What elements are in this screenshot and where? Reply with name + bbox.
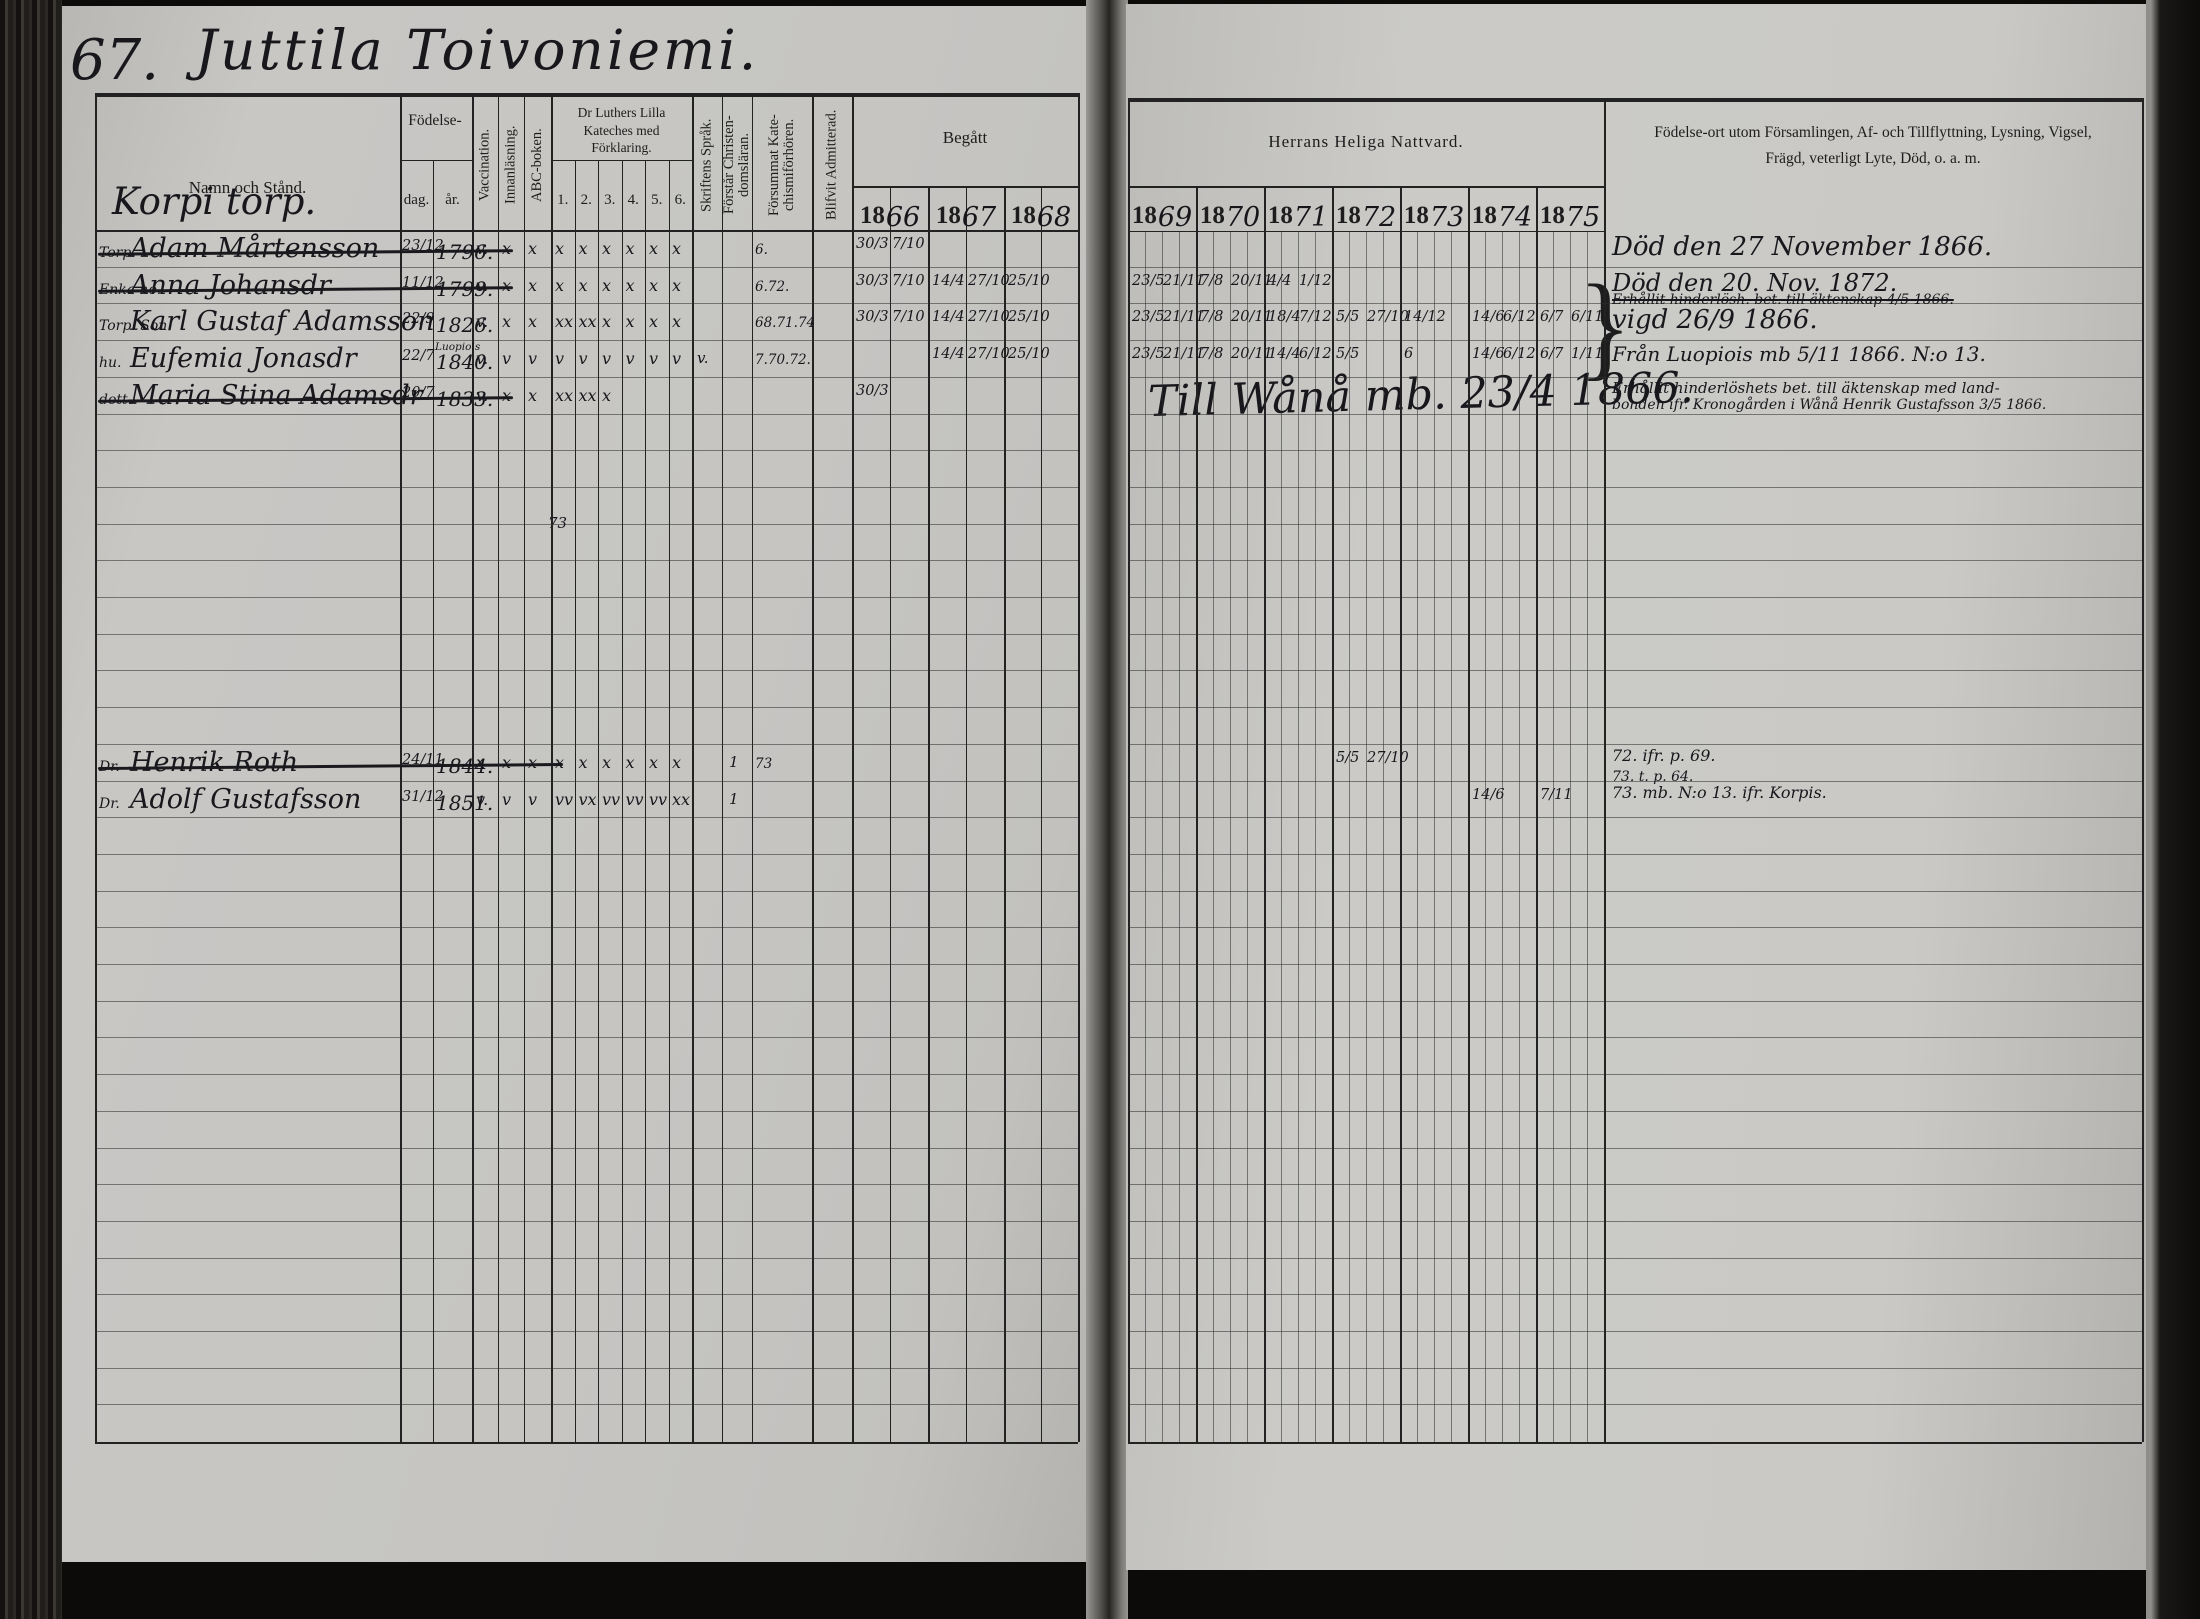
communion-date-cell: 1/12 <box>1299 273 1332 289</box>
grid-line <box>95 1037 1078 1038</box>
grid-line <box>1604 98 1606 1442</box>
mark-cell: v <box>626 349 635 368</box>
birth-day-cell: 22/9 <box>402 311 435 327</box>
grid-line <box>1128 634 2142 635</box>
communion-date-cell: 14/4 <box>932 273 965 289</box>
grid-line <box>1128 597 2142 598</box>
communion-date-cell: 25/10 <box>1008 309 1050 325</box>
grid-line <box>95 634 1078 635</box>
grid-line <box>692 97 694 1442</box>
row-prefix: hu. <box>99 355 121 371</box>
header-holy-communion: Herrans Heliga Nattvard. <box>1128 132 1604 152</box>
grid-line <box>95 1184 1078 1185</box>
mark-cell: xx <box>579 312 597 331</box>
grid-line <box>1128 1037 2142 1038</box>
mark-cell: x <box>528 239 537 258</box>
mark-cell: x <box>579 753 588 772</box>
mark-cell: x <box>649 239 658 258</box>
grid-line <box>1041 186 1042 1442</box>
mark-cell: x <box>649 276 658 295</box>
communion-date-cell: 20/11 <box>1231 273 1273 289</box>
grid-line <box>1128 1148 2142 1149</box>
year-printed: 18 <box>1540 202 1565 230</box>
grid-line <box>95 230 1078 232</box>
communion-date-cell: 14/4 <box>932 309 965 325</box>
grid-line <box>1128 707 2142 708</box>
mark-cell: xx <box>579 386 597 405</box>
grid-line <box>1128 524 2142 525</box>
header-scripture: Skriftens Språk. <box>692 102 722 228</box>
year-header: 1875 <box>1536 188 1604 230</box>
year-script: 71 <box>1294 206 1328 230</box>
missed-examination-cell: 7.70.72. <box>755 352 811 368</box>
grid-line <box>95 1404 1078 1405</box>
header-catechism-number: 3. <box>598 192 622 209</box>
grid-line <box>95 377 1078 378</box>
communion-date-cell: 14/6 <box>1472 309 1505 325</box>
communion-date-cell: 27/10 <box>968 346 1010 362</box>
mark-cell: x <box>555 276 564 295</box>
communion-date-cell: 5/5 <box>1336 750 1359 766</box>
grid-line <box>1128 1368 2142 1369</box>
year-header: 1868 <box>1004 188 1078 230</box>
year-printed: 18 <box>1472 202 1497 230</box>
mark-cell: vv <box>602 790 620 809</box>
mark-cell: x <box>602 312 611 331</box>
grid-line <box>95 1294 1078 1295</box>
communion-date-cell: 21/11 <box>1163 273 1205 289</box>
grid-line <box>524 97 525 1442</box>
grid-line <box>1128 1404 2142 1405</box>
grid-line <box>1128 1221 2142 1222</box>
mark-cell: v <box>555 349 564 368</box>
grid-line <box>400 160 472 161</box>
communion-date-cell: 20/11 <box>1231 309 1273 325</box>
mark-cell: x <box>649 312 658 331</box>
mark-cell: v. <box>476 349 488 368</box>
note-cell: vigd 26/9 1866. <box>1612 305 1818 335</box>
grid-line <box>1128 1074 2142 1075</box>
grid-line <box>575 160 576 1442</box>
communion-date-cell: 7/10 <box>892 236 925 252</box>
year-script: 75 <box>1566 206 1600 230</box>
year-header: 1871 <box>1264 188 1332 230</box>
mark-cell: x <box>502 312 511 331</box>
communion-date-cell: 14/4 <box>932 346 965 362</box>
mark-cell: v <box>528 790 537 809</box>
grid-line <box>1128 340 2142 341</box>
mark-cell: v. <box>476 790 488 809</box>
grid-line <box>598 160 599 1442</box>
year-printed: 18 <box>860 202 885 230</box>
mark-cell: v. <box>476 239 488 258</box>
year-header: 1872 <box>1332 188 1400 230</box>
communion-date-cell: 7/12 <box>1299 309 1332 325</box>
header-understands-doctrine: Förstår Christen­domsläran. <box>722 102 752 228</box>
grid-line <box>95 927 1078 928</box>
mark-cell: v. <box>476 312 488 331</box>
grid-line <box>2142 98 2144 1442</box>
mark-cell: v <box>502 349 511 368</box>
mark-cell: x <box>672 239 681 258</box>
grid-line <box>1128 1442 2142 1444</box>
grid-line <box>1004 186 1006 1442</box>
mark-cell: x <box>602 276 611 295</box>
birth-day-cell: 22/7 <box>402 348 435 364</box>
grid-line <box>1128 98 2142 102</box>
communion-date-cell: 5/5 <box>1336 346 1359 362</box>
communion-date-cell: 6/12 <box>1503 346 1536 362</box>
grid-line <box>95 1074 1078 1075</box>
note-cell: Från Luopiois mb 5/11 1866. N:o 13. <box>1612 342 1986 366</box>
year-script: 72 <box>1362 206 1396 230</box>
mark-cell: vv <box>626 790 644 809</box>
communion-date-cell: 7/11 <box>1540 787 1573 803</box>
communion-date-cell: 27/10 <box>968 273 1010 289</box>
mark-cell: x <box>528 312 537 331</box>
communion-date-cell: 20/11 <box>1231 346 1273 362</box>
communion-date-cell: 6/12 <box>1299 346 1332 362</box>
header-birth-year: år. <box>433 192 472 209</box>
grid-line <box>95 450 1078 451</box>
communion-date-cell: 30/3 <box>856 309 889 325</box>
mark-cell: vx <box>579 790 597 809</box>
year-header: 1873 <box>1400 188 1468 230</box>
communion-date-cell: 7/10 <box>892 273 925 289</box>
grid-line <box>1128 1111 2142 1112</box>
grid-line <box>95 1111 1078 1112</box>
year-printed: 18 <box>936 202 961 230</box>
row-name: Maria Stina Adamsdr <box>130 380 423 411</box>
year-header: 1867 <box>928 188 1004 230</box>
grid-line <box>1128 377 2142 378</box>
grid-line <box>645 160 646 1442</box>
header-catechism-number: 2. <box>575 192 599 209</box>
mark-cell: v. <box>476 386 488 405</box>
header-abc-book: ABC-boken. <box>524 102 551 228</box>
grid-line <box>752 97 753 1442</box>
grid-line <box>722 97 723 1442</box>
grid-line <box>1128 891 2142 892</box>
header-notes-line2: Frägd, veterligt Lyte, Död, o. a. m. <box>1612 150 2134 168</box>
page-title: Juttila Toivoniemi. <box>195 18 759 82</box>
communion-date-cell: 25/10 <box>1008 346 1050 362</box>
mark-cell: x <box>602 753 611 772</box>
grid-line <box>95 1148 1078 1149</box>
grid-line <box>1128 964 2142 965</box>
grid-line <box>95 414 1078 415</box>
grid-line <box>1332 186 1334 1442</box>
grid-line <box>95 817 1078 818</box>
communion-date-cell: 25/10 <box>1008 273 1050 289</box>
grid-line <box>1128 817 2142 818</box>
header-admitted: Blifvit Admit­terad. <box>812 102 852 228</box>
grid-line <box>669 160 670 1442</box>
mark-cell: x <box>579 276 588 295</box>
mark-cell: x <box>476 753 485 772</box>
scripture-cell: v. <box>697 349 708 367</box>
grid-line <box>95 1258 1078 1259</box>
grid-line <box>95 781 1078 782</box>
mark-cell: x <box>626 312 635 331</box>
grid-line <box>1128 1294 2142 1295</box>
grid-line <box>95 524 1078 525</box>
header-birth-day: dag. <box>400 192 433 209</box>
communion-date-cell: 14/6 <box>1472 787 1505 803</box>
communion-date-cell: 4/4 <box>1268 273 1291 289</box>
mark-cell: x <box>626 239 635 258</box>
book-edge-right <box>2146 0 2200 1619</box>
scanned-book-spread: 67. Juttila Toivoniemi. Korpi torp. Namn… <box>0 0 2200 1619</box>
communion-date-cell: 7/8 <box>1200 273 1223 289</box>
grid-line <box>1536 186 1538 1442</box>
understands-cell: 1 <box>729 790 739 808</box>
note-cell: bonden ifr. Kronogården i Wånå Henrik Gu… <box>1612 397 2046 413</box>
grid-line <box>95 1442 1078 1444</box>
communion-date-cell: 14/6 <box>1472 346 1505 362</box>
year-printed: 18 <box>1336 202 1361 230</box>
mark-cell: x <box>528 276 537 295</box>
grid-line <box>498 97 499 1442</box>
year-header: 1866 <box>852 188 928 230</box>
grid-line <box>400 97 402 1442</box>
grid-line <box>95 1368 1078 1369</box>
missed-examination-cell: 73 <box>755 756 772 772</box>
grid-line <box>95 1221 1078 1222</box>
communion-date-cell: 14/4 <box>1268 346 1301 362</box>
year-printed: 18 <box>1268 202 1293 230</box>
birth-day-cell: 20/7 <box>402 385 435 401</box>
communion-date-cell: 5/5 <box>1336 309 1359 325</box>
row-name: Karl Gustaf Adamsson <box>130 306 435 337</box>
communion-date-cell: 23/5 <box>1132 273 1165 289</box>
header-catechism-number: 5. <box>645 192 669 209</box>
year-script: 67 <box>962 206 996 230</box>
header-catechism-number: 4. <box>622 192 646 209</box>
year-printed: 18 <box>1011 202 1036 230</box>
mark-cell: v <box>602 349 611 368</box>
missed-examination-cell: 6. <box>755 242 768 258</box>
communion-date-cell: 27/10 <box>1367 309 1409 325</box>
header-vaccination: Vaccination. <box>472 102 498 228</box>
understands-cell: 1 <box>729 753 739 771</box>
mark-cell: v <box>528 349 537 368</box>
grid-line <box>95 93 1078 97</box>
mark-cell: x <box>555 753 564 772</box>
communion-date-cell: 14/12 <box>1404 309 1446 325</box>
mark-cell: x <box>672 276 681 295</box>
communion-date-cell: 1/11 <box>1571 346 1604 362</box>
year-script: 69 <box>1158 206 1192 230</box>
grid-line <box>95 854 1078 855</box>
header-missed-examination: Försummat Kate­chismiförhören. <box>752 102 812 228</box>
mark-cell: vv <box>555 790 573 809</box>
communion-date-cell: 23/5 <box>1132 346 1165 362</box>
grid-line <box>551 97 553 1442</box>
grid-line <box>95 597 1078 598</box>
mark-cell: x <box>626 753 635 772</box>
communion-date-cell: 30/3 <box>856 236 889 252</box>
year-script: 73 <box>1430 206 1464 230</box>
grid-line <box>1128 1258 2142 1259</box>
mark-cell: x <box>672 753 681 772</box>
mark-cell: x <box>528 753 537 772</box>
header-reading: Innanläsning. <box>498 102 524 228</box>
grid-line <box>622 160 623 1442</box>
grid-line <box>1128 98 1130 1442</box>
communion-date-cell: 7/8 <box>1200 309 1223 325</box>
grid-line <box>1128 267 2142 268</box>
mark-cell: v <box>649 349 658 368</box>
note-cell: Död den 27 November 1866. <box>1612 232 1992 262</box>
header-communion-begatt: Begått <box>852 128 1078 148</box>
year-script: 70 <box>1226 206 1260 230</box>
row-name: Henrik Roth <box>130 747 298 778</box>
communion-date-cell: 7/8 <box>1200 346 1223 362</box>
communion-date-cell: 30/3 <box>856 273 889 289</box>
communion-date-cell: 21/11 <box>1163 346 1205 362</box>
mark-cell: x <box>502 276 511 295</box>
header-catechism-number: 1. <box>551 192 575 209</box>
mark-cell: xx <box>555 312 573 331</box>
grid-line <box>1468 186 1470 1442</box>
header-birth: Födelse- <box>398 112 472 130</box>
grid-line <box>1128 854 2142 855</box>
grid-line <box>852 97 854 1442</box>
grid-line <box>966 186 967 1442</box>
grid-line <box>95 670 1078 671</box>
mark-cell: v <box>672 349 681 368</box>
grid-line <box>95 560 1078 561</box>
grid-line <box>95 1331 1078 1332</box>
mark-cell: x <box>602 386 611 405</box>
grid-line <box>95 340 1078 341</box>
communion-date-cell: 6/7 <box>1540 309 1563 325</box>
mark-cell: v <box>579 349 588 368</box>
grid-line <box>95 303 1078 304</box>
mark-cell: v. <box>476 276 488 295</box>
mark-cell: x <box>672 312 681 331</box>
grid-line <box>95 891 1078 892</box>
grid-line <box>95 744 1078 745</box>
grid-line <box>890 186 891 1442</box>
grid-line <box>1128 560 2142 561</box>
communion-date-cell: 27/10 <box>968 309 1010 325</box>
note-cell: 72. ifr. p. 69. <box>1612 746 1716 765</box>
mark-cell: x <box>528 386 537 405</box>
year-script: 74 <box>1498 206 1532 230</box>
note-cell: Erhållit hinderlöshets bet. till äktensk… <box>1612 379 2000 397</box>
mark-cell: v <box>502 790 511 809</box>
year-printed: 18 <box>1200 202 1225 230</box>
communion-date-cell: 23/5 <box>1132 309 1165 325</box>
mark-cell: x <box>602 239 611 258</box>
year-script: 66 <box>886 206 920 230</box>
mark-cell: x <box>626 276 635 295</box>
grid-line <box>95 1001 1078 1002</box>
grid-line <box>1128 744 2142 745</box>
year-printed: 18 <box>1404 202 1429 230</box>
header-name: Namn och Stånd. <box>95 178 400 198</box>
row-name: Adolf Gustafsson <box>130 784 361 815</box>
grid-line <box>95 707 1078 708</box>
mark-cell: vv <box>649 790 667 809</box>
mark-cell: x <box>502 753 511 772</box>
grid-line <box>1400 186 1402 1442</box>
mark-cell: x <box>649 753 658 772</box>
communion-date-cell: 27/10 <box>1367 750 1409 766</box>
page-number: 67. <box>70 28 159 93</box>
year-script: 68 <box>1037 206 1071 230</box>
grid-line <box>1128 414 2142 415</box>
grid-line <box>1078 93 1080 1442</box>
mark-cell: x <box>579 239 588 258</box>
communion-date-cell: 21/11 <box>1163 309 1205 325</box>
row-name: Anna Johansdr <box>130 270 331 301</box>
header-catechism-number: 6. <box>669 192 693 209</box>
communion-date-cell: 6 <box>1404 346 1413 362</box>
grid-line <box>1128 1001 2142 1002</box>
year-header: 1869 <box>1128 188 1196 230</box>
communion-date-cell: 6/11 <box>1571 309 1604 325</box>
mark-cell: xx <box>672 790 690 809</box>
book-gutter <box>1086 0 1128 1619</box>
grid-line <box>1196 186 1198 1442</box>
missed-examination-cell: 6.72. <box>755 279 789 295</box>
grid-line <box>95 964 1078 965</box>
header-catechism: Dr Luthers Lilla Kateches med Förklaring… <box>553 104 690 157</box>
communion-date-cell: 18/4 <box>1268 309 1301 325</box>
header-notes-line1: Födelse-ort utom Församlingen, Af- och T… <box>1612 124 2134 142</box>
row-prefix: Dr. <box>99 796 120 812</box>
grid-line <box>1264 186 1266 1442</box>
book-fore-edge-left <box>0 0 62 1619</box>
grid-line <box>95 487 1078 488</box>
mark-cell: x <box>502 239 511 258</box>
mark-cell: xx <box>555 386 573 405</box>
communion-date-cell: 6/7 <box>1540 346 1563 362</box>
communion-date-cell: 6/12 <box>1503 309 1536 325</box>
year-header: 1874 <box>1468 188 1536 230</box>
grid-line <box>1128 1331 2142 1332</box>
mark-cell: x <box>555 239 564 258</box>
grid-line <box>1128 1184 2142 1185</box>
year-printed: 18 <box>1132 202 1157 230</box>
communion-date-cell: 30/3 <box>856 383 889 399</box>
mark-cell: x <box>502 386 511 405</box>
grid-line <box>1128 450 2142 451</box>
row-name: Adam Mårtensson <box>130 233 379 264</box>
grid-line <box>928 186 930 1442</box>
grid-line <box>1128 927 2142 928</box>
note-cell: 73. mb. N:o 13. ifr. Korpis. <box>1612 783 1827 802</box>
year-header: 1870 <box>1196 188 1264 230</box>
grid-line <box>95 93 97 1442</box>
grid-line <box>95 267 1078 268</box>
grid-line <box>1128 487 2142 488</box>
grid-line <box>1128 670 2142 671</box>
missed-examination-cell: 68.71.74 <box>755 315 815 331</box>
row-name: Eufemia Jonasdr <box>130 343 357 374</box>
grid-line <box>812 97 814 1442</box>
communion-date-cell: 7/10 <box>892 309 925 325</box>
